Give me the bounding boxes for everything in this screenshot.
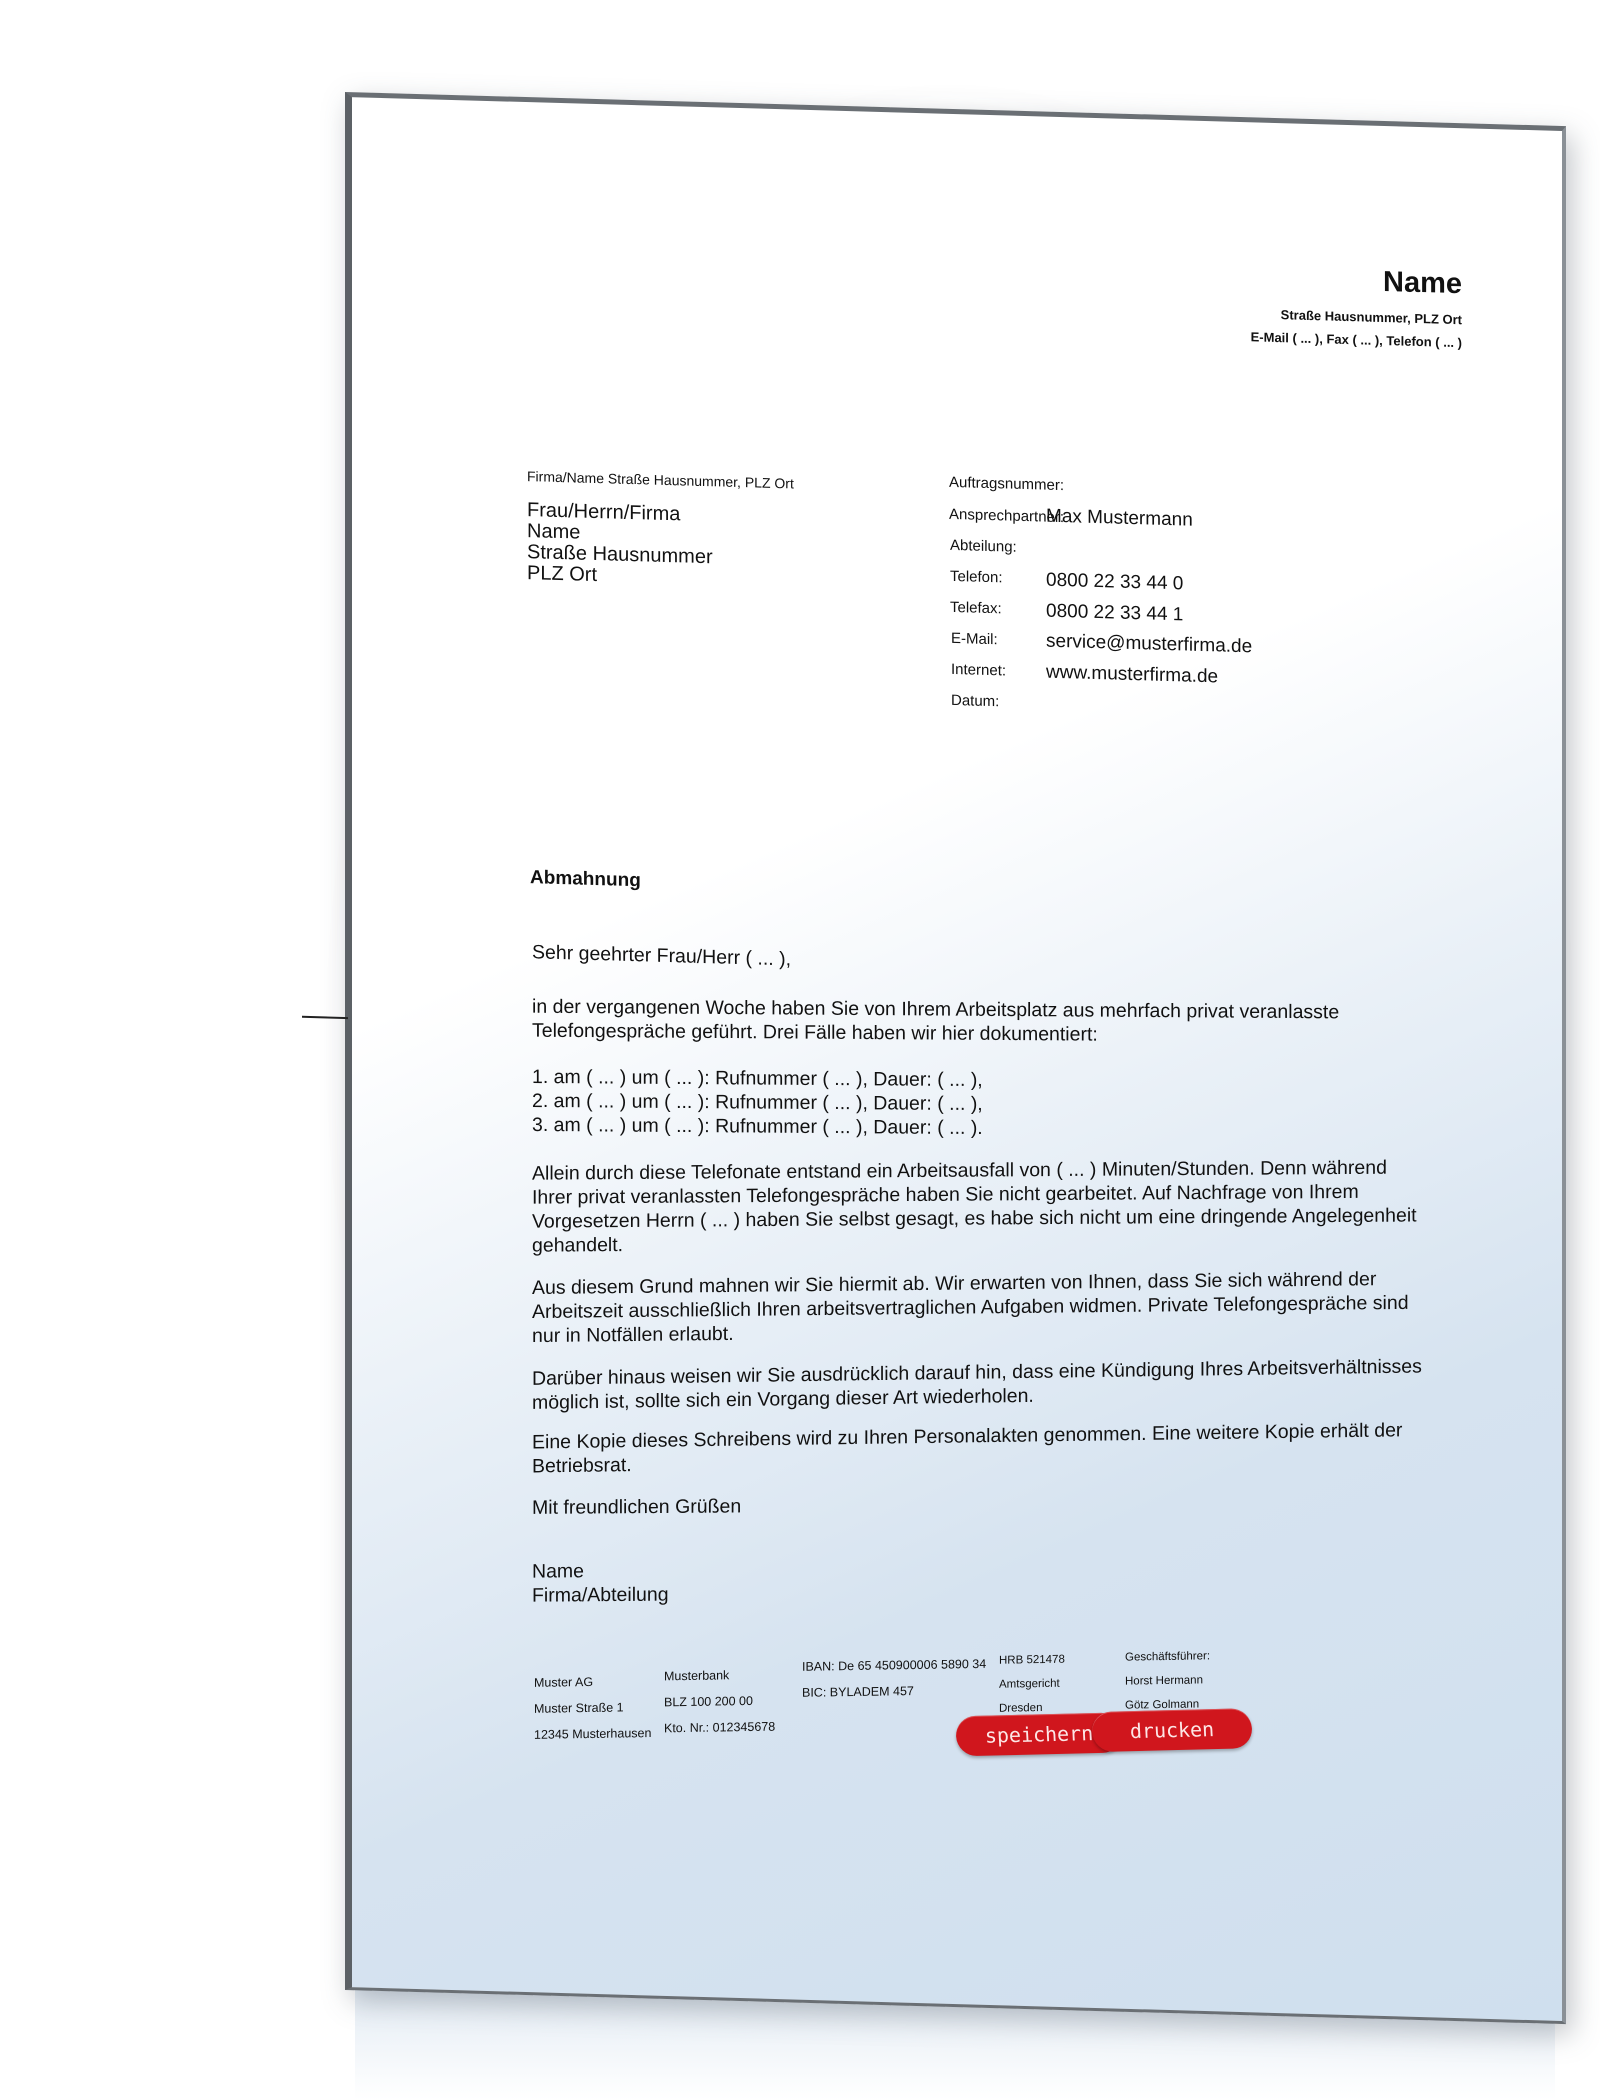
footer-iban: IBAN: De 65 450900006 5890 34 BIC: BYLAD… [802,1651,986,1706]
footer-line: Musterbank [664,1662,775,1690]
phone-value: 0800 22 33 44 0 [1046,570,1183,596]
letter-subject: Abmahnung [530,867,641,892]
footer-line: 12345 Musterhausen [534,1720,651,1748]
footer-line: Geschäftsführer: [1125,1644,1210,1669]
paragraph: Allein durch diese Telefonate entstand e… [532,1155,1417,1257]
recipient-address: Frau/Herrn/Firma Name Straße Hausnummer … [527,500,713,589]
return-address: Firma/Name Straße Hausnummer, PLZ Ort [527,468,794,491]
info-label: Internet: [951,661,1006,680]
footer-line: Kto. Nr.: 012345678 [664,1714,775,1742]
footer-register: HRB 521478 Amtsgericht Dresden [999,1648,1065,1721]
signature: Name Firma/Abteilung [532,1559,669,1608]
paragraph: Darüber hinaus weisen wir Sie ausdrückli… [532,1354,1422,1414]
info-label: Telefax: [950,599,1002,617]
footer-line: Horst Hermann [1125,1668,1210,1693]
website-value: www.musterfirma.de [1046,662,1218,689]
closing: Mit freundlichen Grüßen [532,1494,741,1519]
paragraph: in der vergangenen Woche haben Sie von I… [532,995,1339,1049]
email-value: service@musterfirma.de [1046,631,1252,659]
footer-management: Geschäftsführer: Horst Hermann Götz Golm… [1125,1644,1210,1717]
footer-line: BLZ 100 200 00 [664,1688,775,1716]
info-label: Abteilung: [950,537,1017,556]
footer-bank: Musterbank BLZ 100 200 00 Kto. Nr.: 0123… [664,1662,775,1742]
paragraph: Aus diesem Grund mahnen wir Sie hiermit … [532,1267,1409,1348]
paragraph: Eine Kopie dieses Schreibens wird zu Ihr… [532,1418,1402,1478]
fold-mark [302,1016,348,1019]
signature-department: Firma/Abteilung [532,1583,669,1608]
letter-page: Name Straße Hausnummer, PLZ Ort E-Mail (… [345,92,1566,2024]
footer-line: IBAN: De 65 450900006 5890 34 [802,1651,986,1680]
footer-line: Amtsgericht [999,1672,1065,1697]
fax-value: 0800 22 33 44 1 [1046,601,1183,627]
contact-person: Max Mustermann [1046,506,1193,532]
call-item: 3. am ( ... ) um ( ... ): Rufnummer ( ..… [532,1113,983,1140]
info-label: Datum: [951,692,999,710]
call-list: 1. am ( ... ) um ( ... ): Rufnummer ( ..… [532,1065,983,1140]
signature-name: Name [532,1559,669,1584]
salutation: Sehr geehrter Frau/Herr ( ... ), [532,940,791,971]
sender-address: Straße Hausnummer, PLZ Ort [1281,307,1462,327]
sender-contact: E-Mail ( ... ), Fax ( ... ), Telefon ( .… [1251,329,1462,350]
info-label: E-Mail: [951,630,998,648]
call-item: 2. am ( ... ) um ( ... ): Rufnummer ( ..… [532,1089,983,1116]
footer-line: BIC: BYLADEM 457 [802,1677,986,1706]
footer-company: Muster AG Muster Straße 1 12345 Musterha… [534,1668,651,1748]
footer-line: Muster Straße 1 [534,1694,651,1722]
footer-line: HRB 521478 [999,1648,1065,1673]
info-label: Telefon: [950,568,1003,586]
sender-name: Name [1383,266,1462,301]
info-label: Auftragsnummer: [949,474,1064,494]
footer-line: Muster AG [534,1668,651,1696]
call-item: 1. am ( ... ) um ( ... ): Rufnummer ( ..… [532,1065,983,1092]
print-button[interactable]: drucken [1091,1708,1253,1752]
